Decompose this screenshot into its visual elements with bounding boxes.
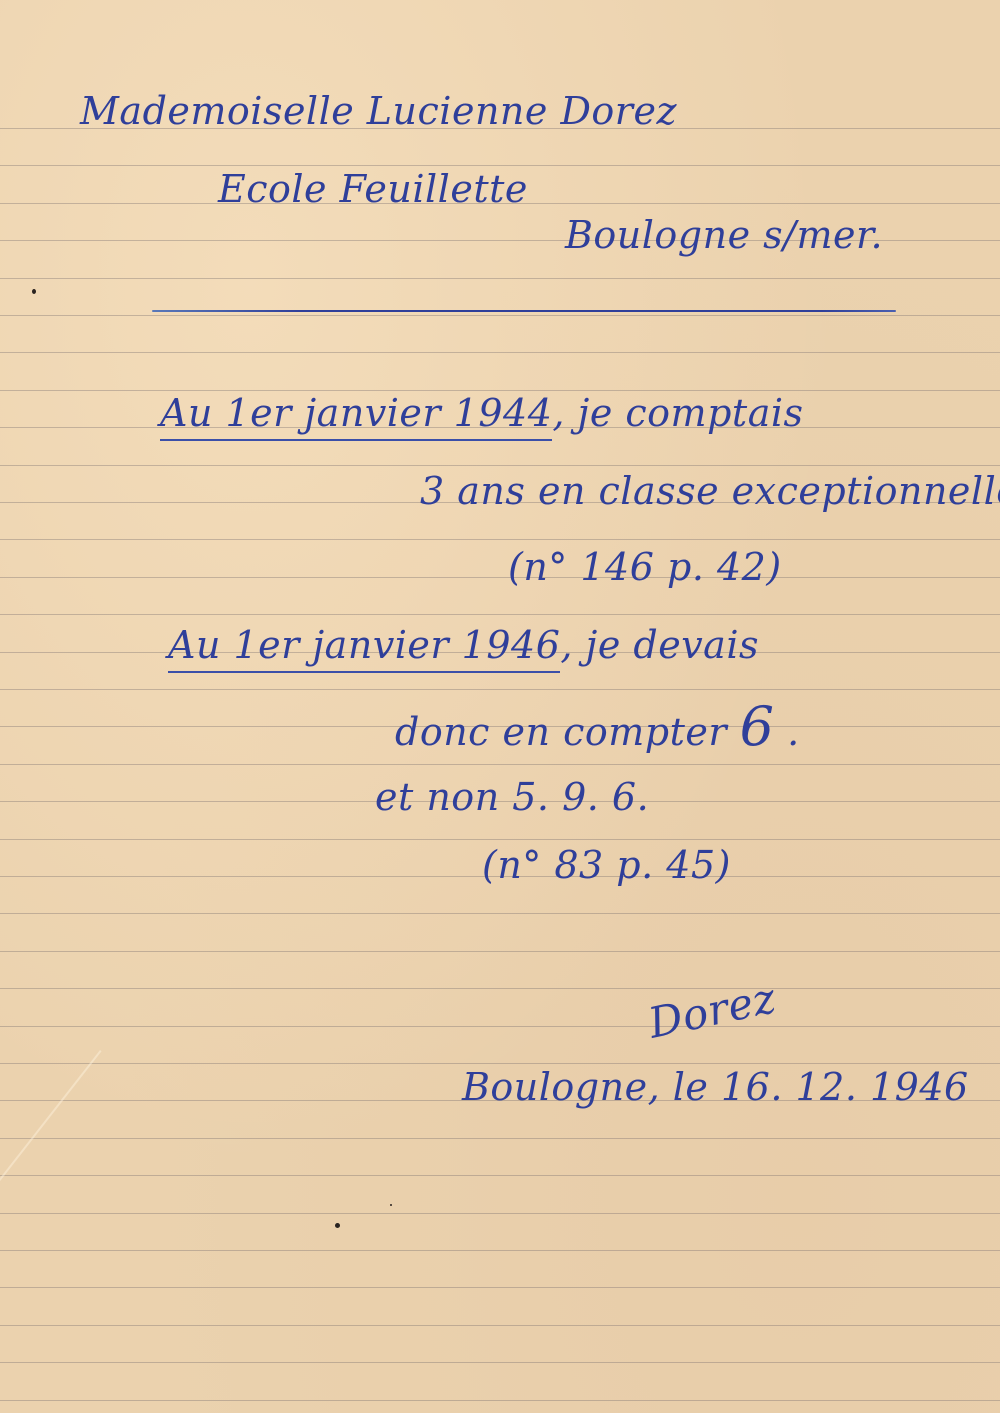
date-1944-underlined: Au 1er janvier 1944 xyxy=(160,391,552,441)
ruled-line xyxy=(0,352,1000,353)
ink-speck xyxy=(390,1204,392,1206)
ruled-line xyxy=(0,1175,1000,1176)
para2-line2-text: donc en compter xyxy=(395,710,727,754)
ruled-line xyxy=(0,1063,1000,1064)
paragraph-2-reference: (n° 83 p. 45) xyxy=(482,846,731,884)
para2-line1-rest: , je devais xyxy=(560,623,759,667)
ruled-line xyxy=(0,913,1000,914)
recipient-city: Boulogne s/mer. xyxy=(565,216,883,254)
paragraph-1-line-1: Au 1er janvier 1944, je comptais xyxy=(160,394,804,432)
ruled-line xyxy=(0,1400,1000,1401)
ruled-line xyxy=(0,1325,1000,1326)
date-1946-underlined: Au 1er janvier 1946 xyxy=(168,623,560,673)
ruled-line xyxy=(0,614,1000,615)
paragraph-1-line-2: 3 ans en classe exceptionnelle xyxy=(420,472,1000,510)
ruled-line xyxy=(0,839,1000,840)
paper-crease xyxy=(0,1050,102,1413)
ruled-line xyxy=(0,988,1000,989)
place-and-date: Boulogne, le 16. 12. 1946 xyxy=(462,1068,969,1106)
separator-rule xyxy=(152,310,896,312)
recipient-name: Mademoiselle Lucienne Dorez xyxy=(80,92,677,130)
ruled-line xyxy=(0,1026,1000,1027)
ruled-line xyxy=(0,1362,1000,1363)
ruled-line xyxy=(0,1287,1000,1288)
ruled-line xyxy=(0,165,1000,166)
ruled-line xyxy=(0,539,1000,540)
ruled-line xyxy=(0,1250,1000,1251)
paragraph-1-reference: (n° 146 p. 42) xyxy=(508,548,782,586)
ruled-line xyxy=(0,689,1000,690)
ruled-line xyxy=(0,951,1000,952)
ruled-line xyxy=(0,1138,1000,1139)
letter-page: Mademoiselle Lucienne Dorez Ecole Feuill… xyxy=(0,0,1000,1413)
ruled-line xyxy=(0,1213,1000,1214)
ink-speck xyxy=(32,289,36,294)
ruled-line xyxy=(0,465,1000,466)
ink-speck xyxy=(335,1223,340,1228)
para1-line1-rest: , je comptais xyxy=(552,391,803,435)
paragraph-2-line-2: donc en compter 6 . xyxy=(395,700,800,754)
count-six: 6 xyxy=(740,695,775,758)
ruled-line xyxy=(0,315,1000,316)
ruled-line xyxy=(0,764,1000,765)
ruled-line xyxy=(0,577,1000,578)
paragraph-2-line-1: Au 1er janvier 1946, je devais xyxy=(168,626,759,664)
ruled-line xyxy=(0,278,1000,279)
para2-line2-end: . xyxy=(787,710,800,754)
paragraph-2-line-3: et non 5. 9. 6. xyxy=(375,778,649,816)
recipient-school: Ecole Feuillette xyxy=(218,170,528,208)
